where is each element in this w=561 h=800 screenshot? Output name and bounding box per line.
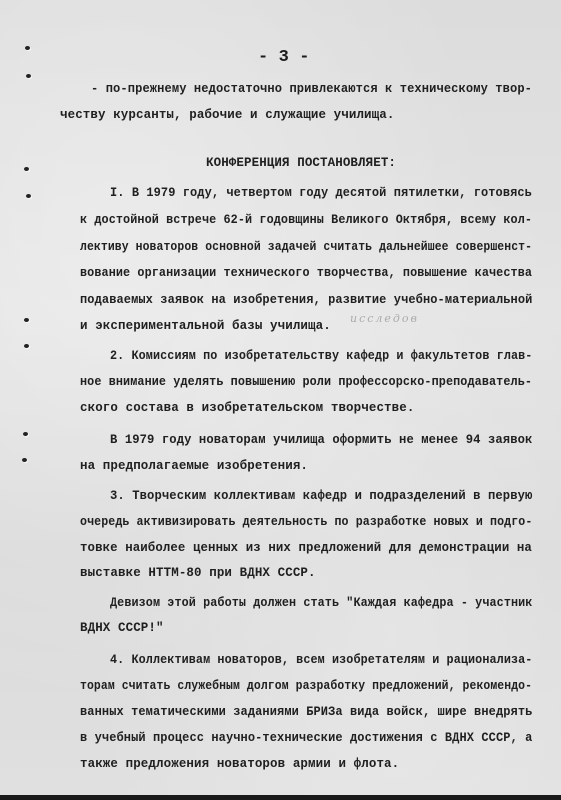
paragraph-3-line: товке наиболее ценных из них предложений…	[80, 541, 532, 555]
paragraph-4-line: ванных тематическими заданиями БРИЗа вид…	[80, 705, 532, 719]
paragraph-4-line: также предложения новаторов армии и флот…	[80, 757, 399, 771]
intro-line: - по-прежнему недостаточно привлекаются …	[91, 82, 532, 96]
paragraph-2-line: 2. Комиссиям по изобретательству кафедр …	[110, 349, 532, 363]
motto-line: Девизом этой работы должен стать "Каждая…	[110, 596, 532, 610]
paragraph-3-line: очередь активизировать деятельность по р…	[80, 515, 532, 529]
scanned-page: - 3 - - по-прежнему недостаточно привлек…	[0, 0, 561, 795]
binding-hole	[26, 194, 31, 198]
binding-hole	[25, 46, 30, 50]
motto-line: ВДНХ СССР!"	[80, 621, 164, 635]
paragraph-4-line: 4. Коллективам новаторов, всем изобретат…	[110, 653, 532, 667]
paragraph-4-line: в учебный процесс научно-технические дос…	[80, 731, 532, 745]
binding-hole	[22, 458, 27, 462]
target-line: В 1979 году новаторам училища оформить н…	[110, 433, 532, 447]
paragraph-2-line: ского состава в изобретательском творчес…	[80, 401, 414, 415]
intro-line: честву курсанты, рабочие и служащие учил…	[60, 108, 394, 122]
binding-hole	[24, 344, 29, 348]
target-line: на предполагаемые изобретения.	[80, 459, 308, 473]
binding-hole	[23, 432, 28, 436]
paragraph-1-line: и экспериментальной базы училища.	[80, 319, 331, 333]
paragraph-1-line: вование организации технического творчес…	[80, 266, 532, 280]
paragraph-1-line: I. В 1979 году, четвертом году десятой п…	[110, 186, 532, 200]
pencil-annotation: исследов	[350, 312, 419, 325]
binding-hole	[24, 318, 29, 322]
binding-hole	[26, 74, 31, 78]
paragraph-1-line: к достойной встрече 62-й годовщины Велик…	[80, 213, 532, 227]
page-number: - 3 -	[258, 48, 310, 67]
binding-hole	[24, 167, 29, 171]
paragraph-4-line: торам считать служебным долгом разработк…	[80, 679, 532, 693]
scan-bottom-edge	[0, 795, 561, 800]
paragraph-3-line: 3. Творческим коллективам кафедр и подра…	[110, 489, 532, 503]
section-heading: КОНФЕРЕНЦИЯ ПОСТАНОВЛЯЕТ:	[206, 156, 396, 170]
paragraph-2-line: ное внимание уделять повышению роли проф…	[80, 375, 532, 389]
paragraph-1-line: лективу новаторов основной задачей счита…	[80, 240, 532, 254]
paragraph-3-line: выставке НТТМ-80 при ВДНХ СССР.	[80, 566, 316, 580]
paragraph-1-line: подаваемых заявок на изобретения, развит…	[80, 293, 532, 307]
